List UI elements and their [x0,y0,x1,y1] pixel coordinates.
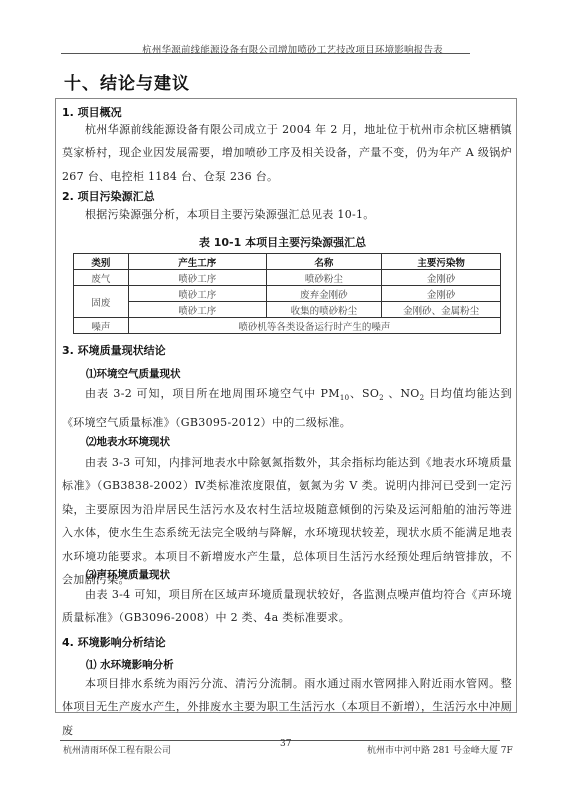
subheading-water-impact: ⑴ 水环境影响分析 [86,657,174,672]
pollution-source-table: 类别 产生工序 名称 主要污染物 废气 喷砂工序 喷砂粉尘 金刚砂 固废 喷砂工… [73,253,501,334]
paragraph-noise-quality: 由表 3-4 可知，项目所在区域声环境质量现状较好，各监测点噪声值均符合《声环境… [62,583,512,630]
col-header-category: 类别 [74,254,129,270]
cell-name: 废弃金刚砂 [266,286,382,302]
footer-company: 杭州清雨环保工程有限公司 [63,743,171,756]
col-header-name: 名称 [266,254,382,270]
paragraph-pollution-sources: 根据污染源强分析，本项目主要污染源强汇总见表 10-1。 [62,203,512,226]
col-header-process: 产生工序 [128,254,266,270]
cell-category: 废气 [74,270,129,286]
section-title: 十、结论与建议 [64,69,190,94]
table-row: 固废 喷砂工序 废弃金刚砂 金刚砂 [74,286,501,302]
air-text-c: 、NO [384,387,420,400]
cell-merged-description: 喷砂机等各类设备运行时产生的噪声 [128,318,500,334]
heading-pollution-sources: 2. 项目污染源汇总 [62,188,155,204]
cell-process: 喷砂工序 [128,302,266,318]
cell-pollutant: 金刚砂、金属粉尘 [382,302,501,318]
table-row: 废气 喷砂工序 喷砂粉尘 金刚砂 [74,270,501,286]
cell-name: 收集的喷砂粉尘 [266,302,382,318]
subheading-air-quality: ⑴环境空气质量现状 [86,366,181,381]
subheading-surface-water: ⑵地表水环境现状 [86,434,170,449]
table-row: 喷砂工序 收集的喷砂粉尘 金刚砂、金属粉尘 [74,302,501,318]
page-number: 37 [280,739,291,749]
paragraph-water-impact: 本项目排水系统为雨污分流、清污分流制。雨水通过雨水管网排入附近雨水管网。整体项目… [62,672,512,742]
cell-process: 喷砂工序 [128,286,266,302]
cell-category: 噪声 [74,318,129,334]
heading-impact-analysis: 4. 环境影响分析结论 [62,634,166,650]
air-sub-pm10: 10 [340,394,350,402]
table-header-row: 类别 产生工序 名称 主要污染物 [74,254,501,270]
cell-pollutant: 金刚砂 [382,270,501,286]
table-row: 噪声 喷砂机等各类设备运行时产生的噪声 [74,318,501,334]
subheading-noise-quality: ⑶声环境质量现状 [86,567,170,582]
header-rule [61,53,470,54]
footer-address: 杭州市中河中路 281 号金峰大厦 7F [367,743,513,756]
cell-category: 固废 [74,286,129,318]
heading-environment-quality: 3. 环境质量现状结论 [62,342,166,358]
paragraph-air-quality: 由表 3-2 可知，项目所在地周围环境空气中 PM10、SO2 、NO2 日均值… [62,382,512,434]
cell-pollutant: 金刚砂 [382,286,501,302]
paragraph-project-overview: 杭州华源前线能源设备有限公司成立于 2004 年 2 月，地址位于杭州市余杭区塘… [62,118,512,188]
air-text-a: 由表 3-2 可知，项目所在地周围环境空气中 PM [85,387,340,400]
air-text-b: 、SO [349,387,379,400]
cell-name: 喷砂粉尘 [266,270,382,286]
table-caption: 表 10-1 本项目主要污染源强汇总 [0,234,565,250]
col-header-pollutant: 主要污染物 [382,254,501,270]
cell-process: 喷砂工序 [128,270,266,286]
